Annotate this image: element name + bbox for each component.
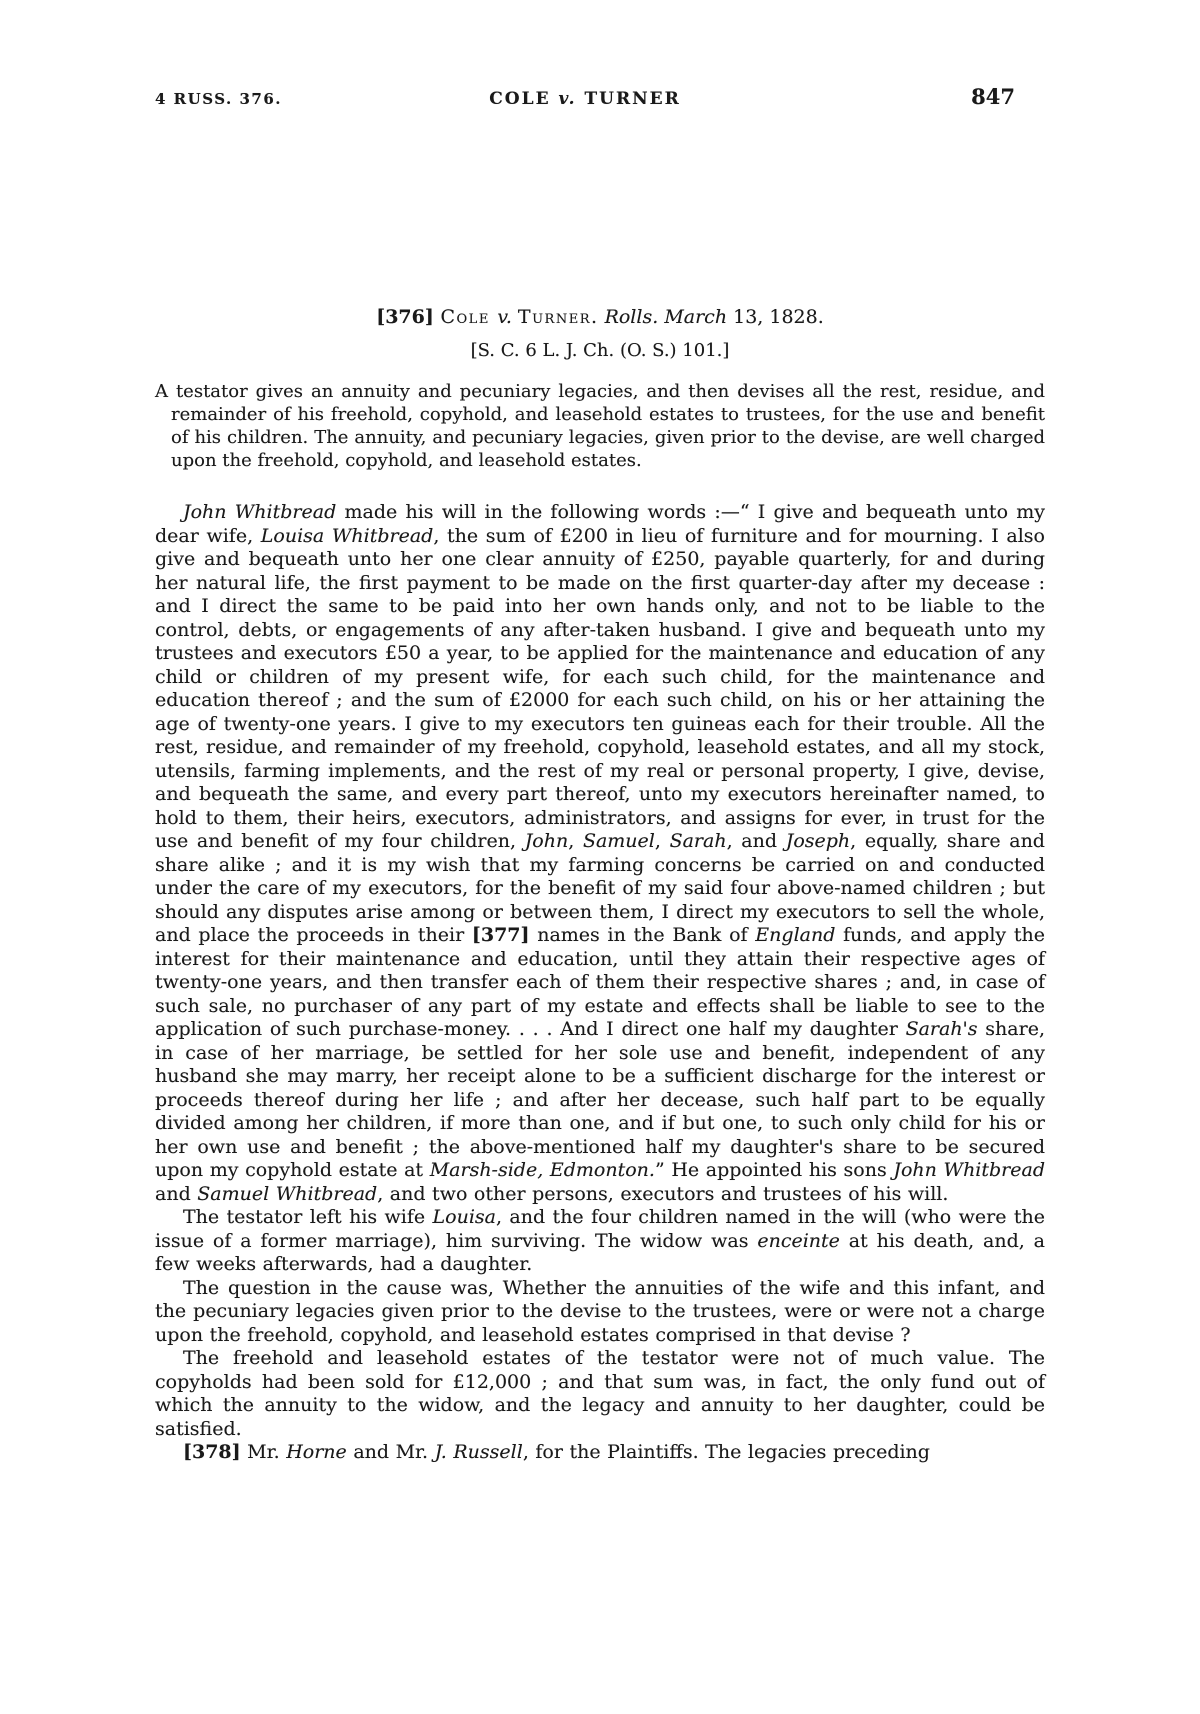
text-segment: [377] xyxy=(472,924,530,946)
text-segment: Turner. xyxy=(518,306,599,328)
text-segment: Horne xyxy=(286,1441,347,1463)
header-case-name: COLE v. TURNER xyxy=(408,89,762,109)
text-segment: March xyxy=(664,306,727,328)
text-segment: Louisa xyxy=(433,1206,496,1228)
text-segment: and xyxy=(155,1183,197,1205)
text-segment: A testator gives an annuity and pecuniar… xyxy=(155,381,1045,471)
text-segment: Marsh-side, Edmonton. xyxy=(430,1159,655,1181)
text-segment: Sarah xyxy=(670,830,727,852)
text-segment: Sarah's xyxy=(906,1018,978,1040)
text-segment: , xyxy=(655,830,670,852)
text-segment: ” He appointed his sons xyxy=(655,1159,893,1181)
text-segment: Rolls. xyxy=(605,306,659,328)
text-segment: Louisa Whitbread xyxy=(261,525,434,547)
text-segment: share, in case of her marriage, be settl… xyxy=(155,1018,1045,1181)
paragraph: The testator left his wife Louisa, and t… xyxy=(155,1206,1045,1277)
text-segment: names in the Bank of xyxy=(530,924,756,946)
text-segment: John Whitbread xyxy=(183,501,336,523)
text-segment: Mr. xyxy=(241,1441,287,1463)
case-title: [376] Cole v. Turner. Rolls. March 13, 1… xyxy=(155,304,1045,330)
text-segment: John Whitbread xyxy=(893,1159,1045,1181)
paragraph: The question in the cause was, Whether t… xyxy=(155,1277,1045,1348)
paragraph: John Whitbread made his will in the foll… xyxy=(155,501,1045,1206)
paragraphs: John Whitbread made his will in the foll… xyxy=(155,501,1045,1465)
paragraph: [378] Mr. Horne and Mr. J. Russell, for … xyxy=(155,1441,1045,1465)
header-page-number: 847 xyxy=(762,84,1045,109)
header-volume-ref: 4 RUSS. 376. xyxy=(155,90,408,108)
text-segment: Joseph xyxy=(786,830,850,852)
text-segment: John xyxy=(525,830,569,852)
text-segment: COLE xyxy=(489,89,558,109)
text-segment: v. xyxy=(497,306,518,328)
paragraph: The freehold and leasehold estates of th… xyxy=(155,1347,1045,1441)
headnote: A testator gives an annuity and pecuniar… xyxy=(155,380,1045,472)
running-header: 4 RUSS. 376. COLE v. TURNER 847 xyxy=(155,84,1045,109)
text-segment: , and xyxy=(727,830,786,852)
text-segment: J. Russell xyxy=(435,1441,523,1463)
text-segment: , the sum of £200 in lieu of furniture a… xyxy=(155,525,1045,853)
text-segment: Samuel Whitbread xyxy=(197,1183,377,1205)
report-page: 4 RUSS. 376. COLE v. TURNER 847 [376] Co… xyxy=(0,0,1200,1714)
text-segment: The testator left his wife xyxy=(183,1206,433,1228)
text-segment: , for the Plaintiffs. The legacies prece… xyxy=(523,1441,930,1463)
text-segment: , and two other persons, executors and t… xyxy=(377,1183,948,1205)
text-segment: and Mr. xyxy=(347,1441,435,1463)
text-segment: Cole xyxy=(440,306,497,328)
text-segment: v. xyxy=(558,89,576,109)
text-segment: TURNER xyxy=(577,89,681,109)
text-segment: enceinte xyxy=(757,1230,840,1252)
text-segment: The question in the cause was, Whether t… xyxy=(155,1277,1045,1346)
text-segment: [376] xyxy=(376,306,440,328)
text-segment: Samuel xyxy=(583,830,655,852)
page-content: [376] Cole v. Turner. Rolls. March 13, 1… xyxy=(155,304,1045,1465)
text-segment: [378] xyxy=(183,1441,241,1463)
text-segment: 13, 1828. xyxy=(727,306,824,328)
text-segment: , xyxy=(568,830,583,852)
text-segment: The freehold and leasehold estates of th… xyxy=(155,1347,1045,1440)
case-citation: [S. C. 6 L. J. Ch. (O. S.) 101.] xyxy=(155,339,1045,363)
text-segment: England xyxy=(755,924,835,946)
